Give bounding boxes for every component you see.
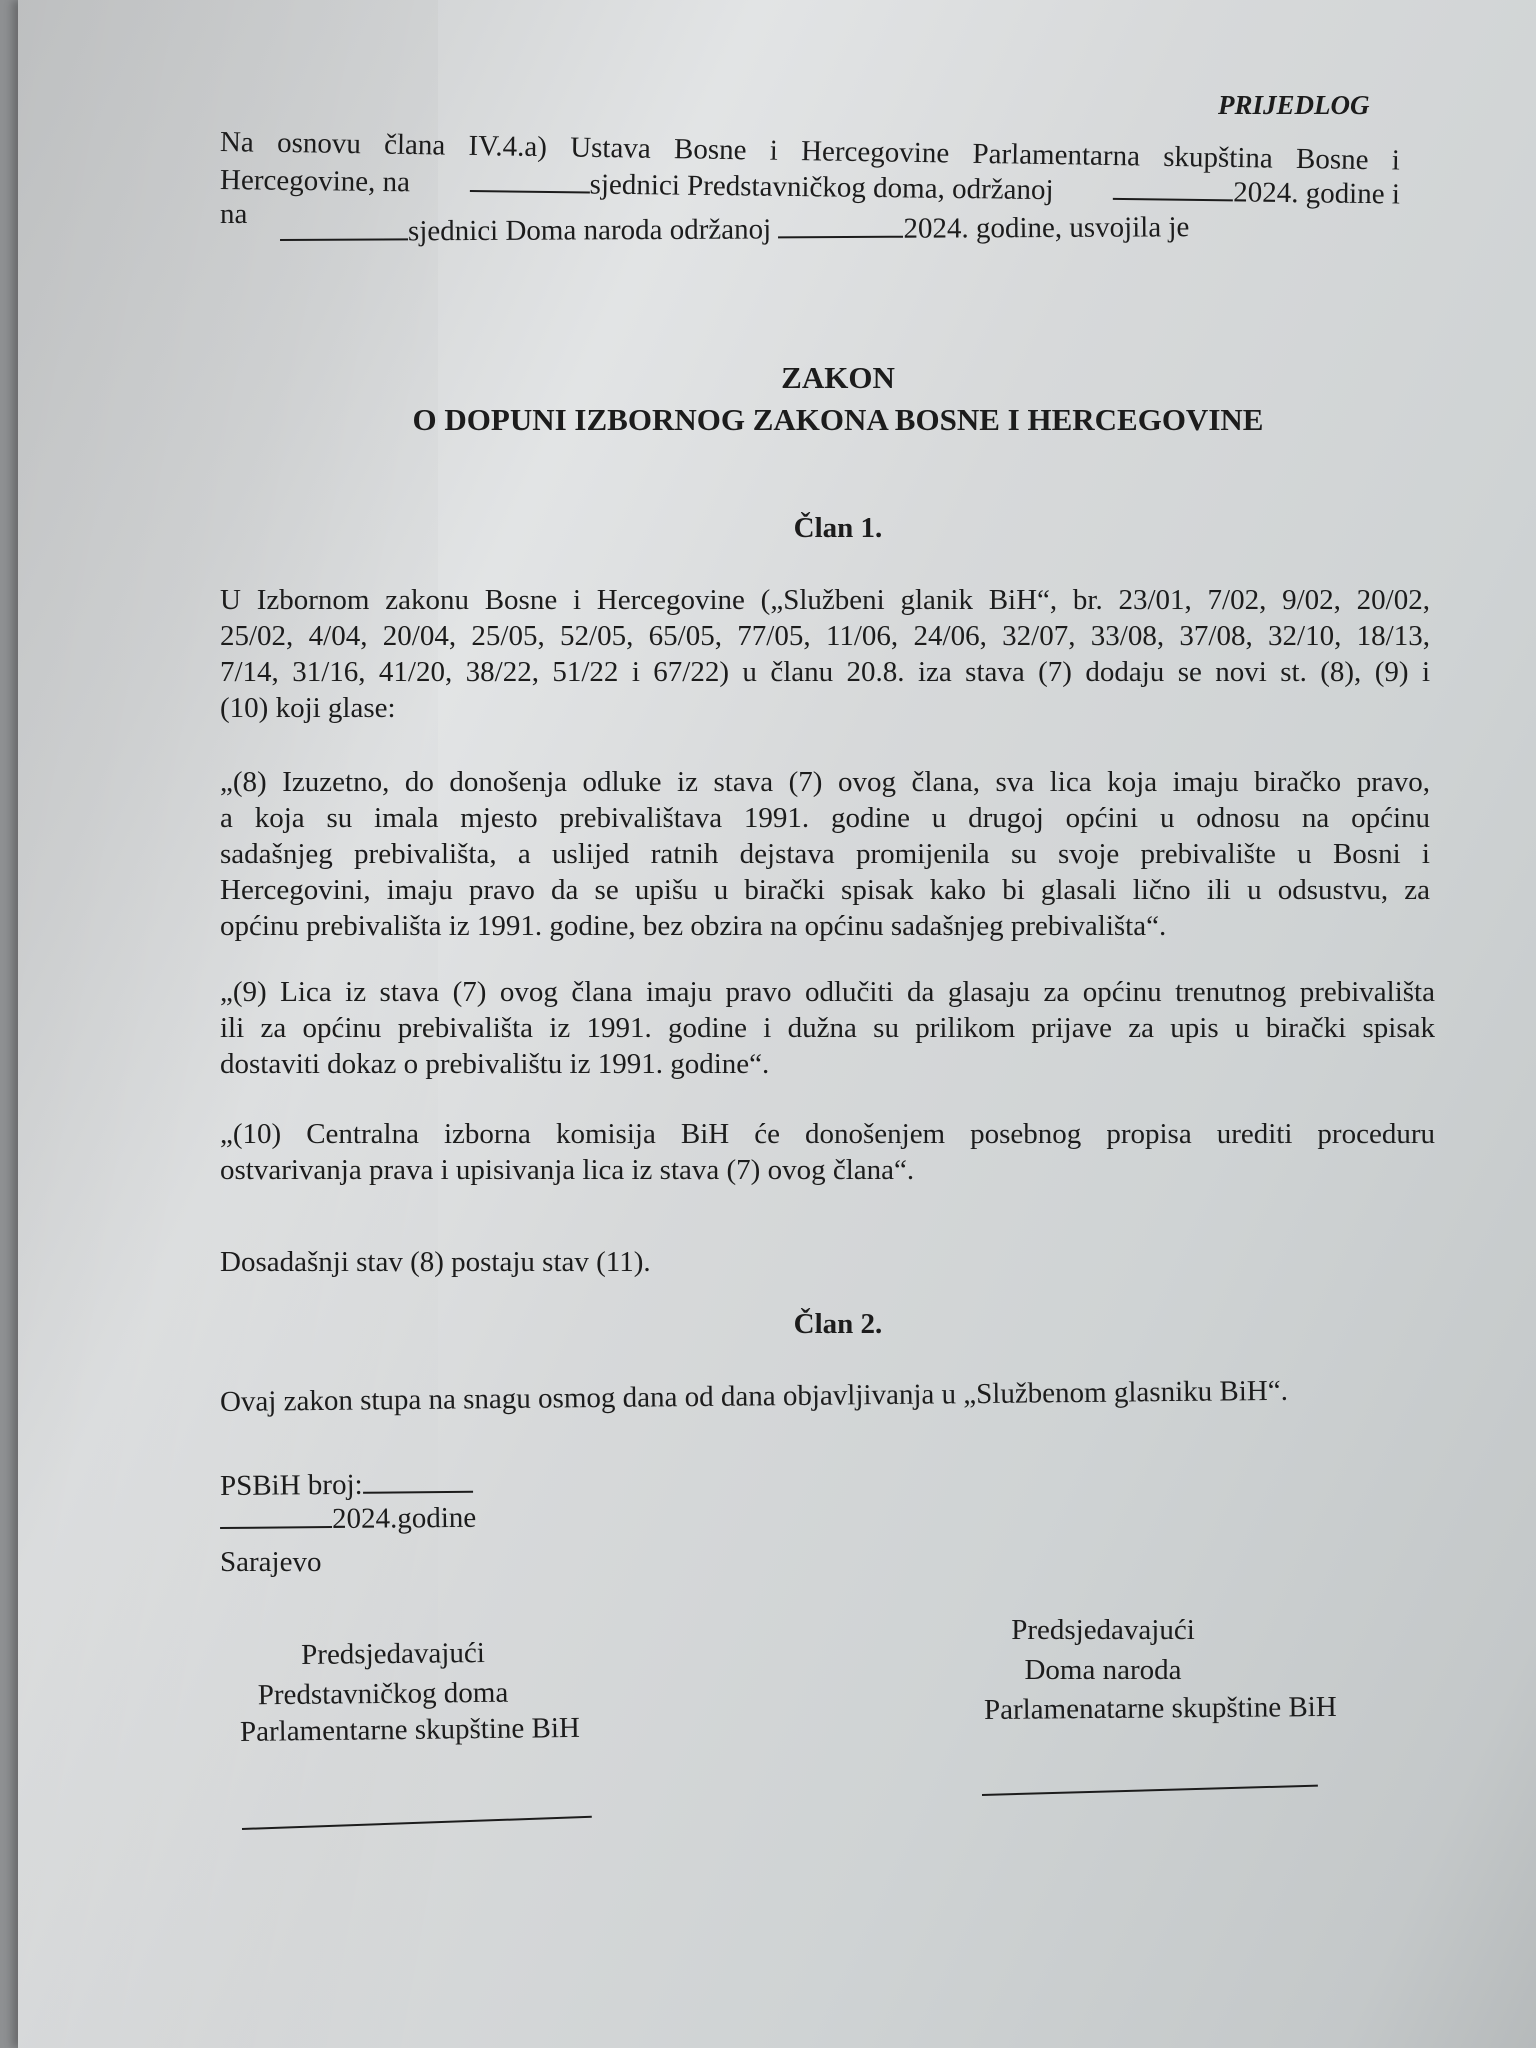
- article-1-intro-line: 7/14, 31/16, 41/20, 38/22, 51/22 i 67/22…: [220, 658, 1430, 687]
- preamble-line-2-c: 2024. godine i: [1233, 176, 1400, 210]
- preamble-line-3-c: 2024. godine, usvojila je: [903, 211, 1189, 244]
- signature-right-line: Parlamenatarne skupštine BiH: [984, 1693, 1337, 1725]
- signature-left-line: Predstavničkog doma: [218, 1678, 548, 1710]
- house-of-peoples-session-blank: [280, 237, 408, 241]
- paragraph-9-line: „(9) Lica iz stava (7) ovog člana imaju …: [220, 978, 1435, 1007]
- law-subtitle: O DOPUNI IZBORNOG ZAKONA BOSNE I HERCEGO…: [318, 404, 1358, 435]
- signature-line-right: [982, 1785, 1318, 1796]
- article-1-heading: Član 1.: [318, 514, 1358, 543]
- preamble-line-2-b: sjednici Predstavničkog doma, održanoj: [589, 169, 1053, 207]
- house-of-peoples-date-blank: [778, 235, 903, 239]
- date-blank: [220, 1525, 332, 1529]
- signature-line-left: [242, 1816, 592, 1830]
- paragraph-8-line: a koja su imala mjesto prebivalištava 19…: [220, 804, 1430, 833]
- reference-number-blank: [363, 1490, 473, 1494]
- proposal-label: PRIJEDLOG: [1218, 92, 1370, 119]
- signature-right-line: Doma naroda: [938, 1656, 1268, 1685]
- article-1-closing: Dosadašnji stav (8) postaju stav (11).: [220, 1248, 651, 1277]
- article-2-text: Ovaj zakon stupa na snagu osmog dana od …: [220, 1377, 1288, 1417]
- date-line: 2024.godine: [220, 1504, 476, 1535]
- reference-number: PSBiH broj:: [220, 1470, 473, 1501]
- signature-left-line: Parlamentarne skupštine BiH: [240, 1714, 580, 1747]
- article-1-intro-line: (10) koji glase:: [220, 694, 396, 723]
- reference-number-label: PSBiH broj:: [220, 1469, 363, 1502]
- article-2-heading: Član 2.: [318, 1310, 1358, 1339]
- preamble-line-3-a: na: [220, 200, 247, 229]
- place: Sarajevo: [220, 1548, 321, 1577]
- paragraph-8-line: Hercegovini, imaju pravo da se upišu u b…: [220, 876, 1430, 905]
- preamble-line-2-a: Hercegovine, na: [220, 166, 410, 197]
- paragraph-10-line: „(10) Centralna izborna komisija BiH će …: [220, 1120, 1435, 1149]
- preamble-line-3: sjednici Doma naroda održanoj 2024. godi…: [280, 213, 1190, 247]
- article-1-intro-line: U Izbornom zakonu Bosne i Hercegovine („…: [220, 586, 1430, 615]
- signature-right-line: Predsjedavajući: [938, 1616, 1268, 1645]
- paragraph-10-line: ostvarivanja prava i upisivanja lica iz …: [220, 1156, 914, 1185]
- paragraph-8-line: „(8) Izuzetno, do donošenja odluke iz st…: [220, 768, 1430, 797]
- session-number-blank: [470, 189, 590, 193]
- paragraph-9-line: ili za općinu prebivališta iz 1991. godi…: [220, 1014, 1435, 1043]
- paragraph-9-line: dostaviti dokaz o prebivalištu iz 1991. …: [220, 1050, 769, 1079]
- preamble-line-3-b: sjednici Doma naroda održanoj: [408, 213, 771, 247]
- paragraph-8-line: sadašnjeg prebivališta, a uslijed ratnih…: [220, 840, 1430, 869]
- date-suffix: 2024.godine: [332, 1502, 476, 1535]
- signature-left-line: Predsjedavajući: [228, 1638, 558, 1670]
- law-title: ZAKON: [318, 362, 1358, 393]
- document-page: PRIJEDLOG Na osnovu člana IV.4.a) Ustava…: [18, 0, 1536, 2048]
- session-date-blank: [1113, 197, 1233, 201]
- paragraph-8-line: općinu prebivališta iz 1991. godine, bez…: [220, 912, 1166, 941]
- article-1-intro-line: 25/02, 4/04, 20/04, 25/05, 52/05, 65/05,…: [220, 622, 1430, 651]
